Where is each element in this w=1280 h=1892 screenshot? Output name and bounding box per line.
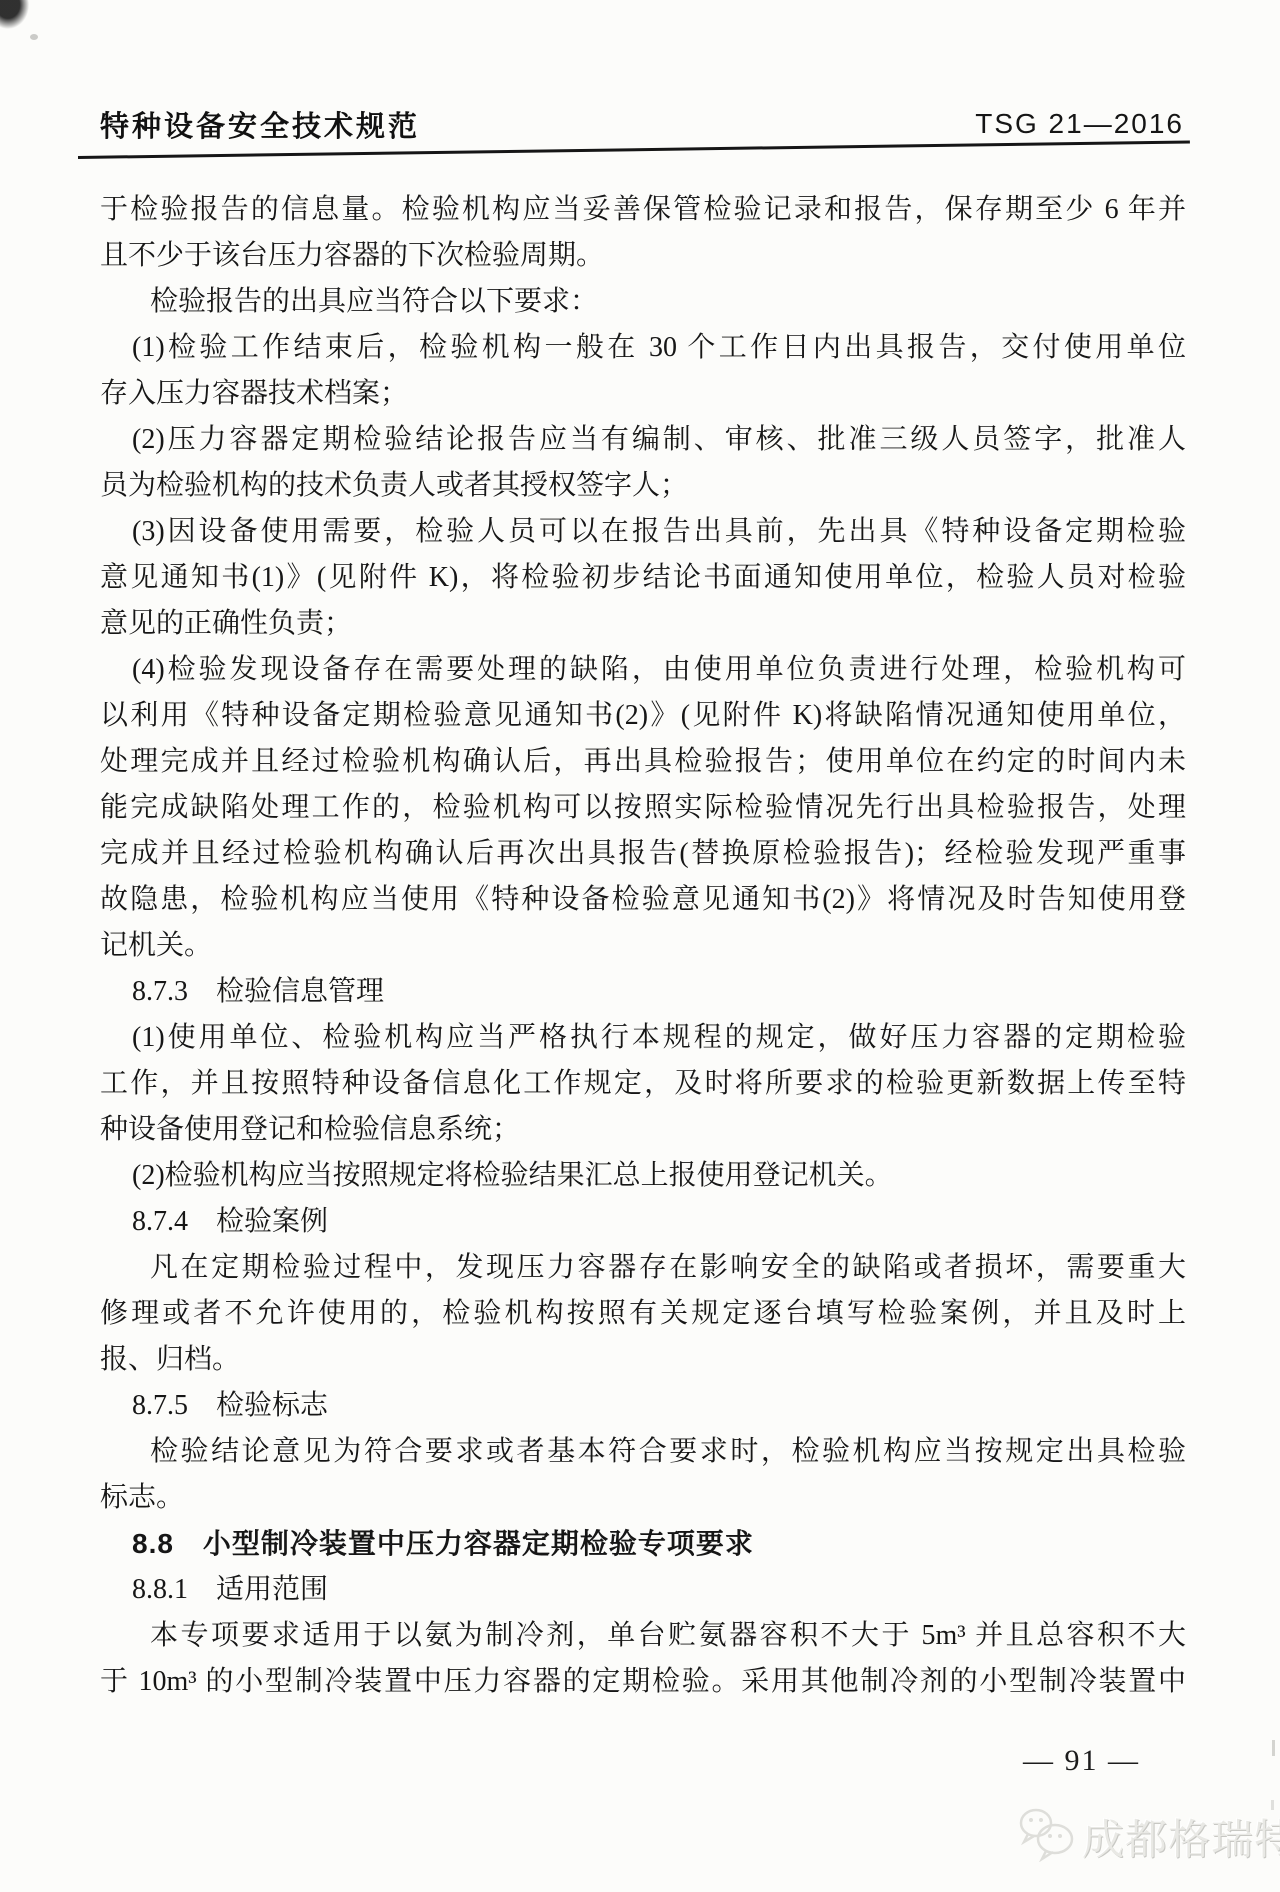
text-line: 意见的正确性负责； <box>100 601 1186 647</box>
text-line: 处理完成并且经过检验机构确认后，再出具检验报告；使用单位在约定的时间内未 <box>100 739 1186 785</box>
document-page: 特种设备安全技术规范 TSG 21—2016 于检验报告的信息量。检验机构应当妥… <box>0 0 1280 1892</box>
header-standard-code: TSG 21—2016 <box>975 108 1184 140</box>
text-line: (2)检验机构应当按照规定将检验结果汇总上报使用登记机关。 <box>100 1153 1186 1199</box>
text-line: 8.7.3 检验信息管理 <box>100 969 1186 1015</box>
text-line: (2)压力容器定期检验结论报告应当有编制、审核、批准三级人员签字，批准人 <box>100 417 1186 463</box>
watermark-text: 成都格瑞特 <box>1082 1807 1280 1867</box>
text-line: 8.7.4 检验案例 <box>100 1199 1186 1245</box>
text-line: 凡在定期检验过程中，发现压力容器存在影响安全的缺陷或者损坏，需要重大 <box>100 1245 1186 1291</box>
text-line: 记机关。 <box>100 923 1186 969</box>
text-line: 完成并且经过检验机构确认后再次出具报告(替换原检验报告)；经检验发现严重事 <box>100 831 1186 877</box>
text-line: 于检验报告的信息量。检验机构应当妥善保管检验记录和报告，保存期至少 6 年并 <box>100 187 1186 233</box>
wechat-icon <box>1016 1806 1078 1867</box>
text-line: (1)检验工作结束后，检验机构一般在 30 个工作日内出具报告，交付使用单位 <box>100 325 1186 371</box>
text-line: 检验结论意见为符合要求或者基本符合要求时，检验机构应当按规定出具检验 <box>100 1429 1186 1475</box>
text-line: 8.8.1 适用范围 <box>100 1567 1186 1613</box>
text-line: 本专项要求适用于以氨为制冷剂，单台贮氨器容积不大于 5m³ 并且总容积不大 <box>100 1613 1186 1659</box>
text-line: 报、归档。 <box>100 1337 1186 1383</box>
text-line: 修理或者不允许使用的，检验机构按照有关规定逐台填写检验案例，并且及时上 <box>100 1291 1186 1337</box>
text-line: 标志。 <box>100 1475 1186 1521</box>
text-line: 工作，并且按照特种设备信息化工作规定，及时将所要求的检验更新数据上传至特 <box>100 1061 1186 1107</box>
text-line: 以利用《特种设备定期检验意见通知书(2)》(见附件 K)将缺陷情况通知使用单位， <box>100 693 1186 739</box>
text-line: 8.7.5 检验标志 <box>100 1383 1186 1429</box>
text-line: 员为检验机构的技术负责人或者其授权签字人； <box>100 463 1186 509</box>
text-line: 于 10m³ 的小型制冷装置中压力容器的定期检验。采用其他制冷剂的小型制冷装置中 <box>100 1659 1186 1705</box>
text-line: (3)因设备使用需要，检验人员可以在报告出具前，先出具《特种设备定期检验 <box>100 509 1186 555</box>
text-line: (4)检验发现设备存在需要处理的缺陷，由使用单位负责进行处理，检验机构可 <box>100 647 1186 693</box>
text-line: 且不少于该台压力容器的下次检验周期。 <box>100 233 1186 279</box>
page-number: — 91 — <box>0 1744 1140 1778</box>
document-body: 于检验报告的信息量。检验机构应当妥善保管检验记录和报告，保存期至少 6 年并且不… <box>100 187 1186 1705</box>
text-line: 8.8 小型制冷装置中压力容器定期检验专项要求 <box>100 1521 1186 1567</box>
text-line: 意见通知书(1)》(见附件 K)，将检验初步结论书面通知使用单位，检验人员对检验 <box>100 555 1186 601</box>
watermark: 成都格瑞特 <box>1016 1806 1280 1867</box>
text-line: 存入压力容器技术档案； <box>100 371 1186 417</box>
text-line: 种设备使用登记和检验信息系统； <box>100 1107 1186 1153</box>
text-line: 故隐患，检验机构应当使用《特种设备检验意见通知书(2)》将情况及时告知使用登 <box>100 877 1186 923</box>
scan-artifact-corner <box>0 0 30 30</box>
text-line: (1)使用单位、检验机构应当严格执行本规程的规定，做好压力容器的定期检验 <box>100 1015 1186 1061</box>
text-line: 能完成缺陷处理工作的，检验机构可以按照实际检验情况先行出具检验报告，处理 <box>100 785 1186 831</box>
scan-artifact-dot <box>30 34 38 40</box>
scan-artifact-edge <box>1272 1740 1275 1756</box>
header-document-title: 特种设备安全技术规范 <box>100 104 420 145</box>
text-line: 检验报告的出具应当符合以下要求： <box>100 279 1186 325</box>
